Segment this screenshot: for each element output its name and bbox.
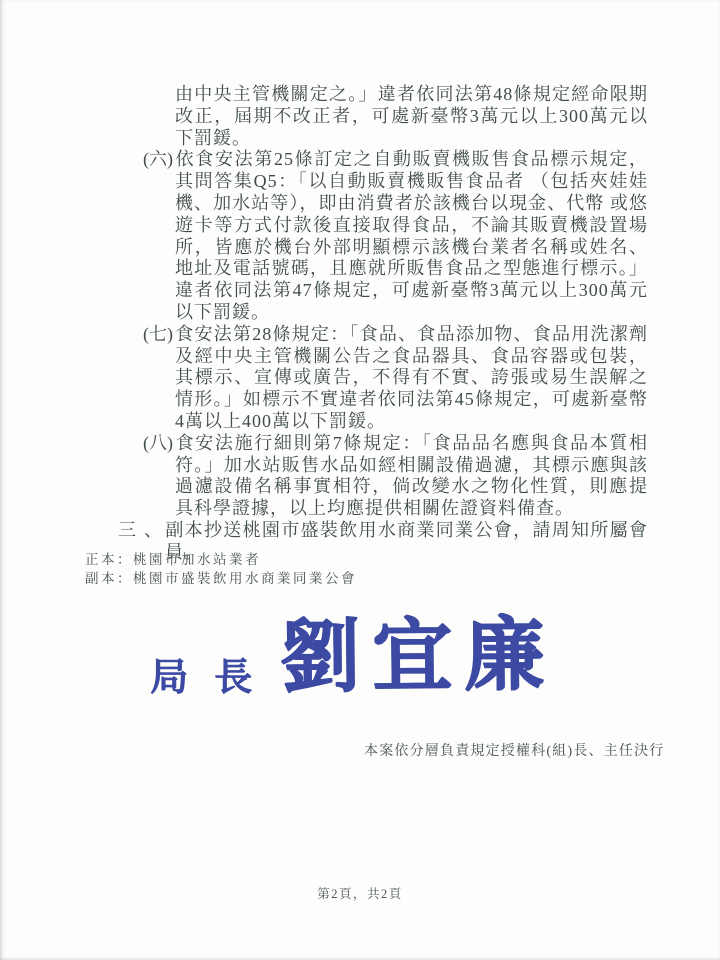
signature-block: 局長 劉宜廉: [150, 610, 556, 704]
list-item-7-marker: (七): [143, 324, 175, 346]
list-item-3-marker: 三、: [118, 520, 165, 542]
distribution-copy-line: 副本：桃園市盛裝飲用水商業同業公會: [85, 570, 357, 589]
list-item-6-text: 依食安法第25條訂定之自動販賣機販售食品標示規定，其問答集Q5：「以自動販賣機販…: [175, 149, 648, 322]
list-item-8: (八)食安法施行細則第7條規定：「食品品名應與食品本質相符。」加水站販售水品如經…: [0, 433, 720, 520]
list-item-7: (七)食安法第28條規定：「食品、食品添加物、食品用洗潔劑及經中央主管機關公告之…: [0, 324, 720, 433]
list-item-8-text: 食安法施行細則第7條規定：「食品品名應與食品本質相符。」加水站販售水品如經相關設…: [175, 433, 648, 518]
delegation-note: 本案依分層負責規定授權科(組)長、主任決行: [364, 740, 665, 760]
list-item-7-text: 食安法第28條規定：「食品、食品添加物、食品用洗潔劑及經中央主管機關公告之食品器…: [175, 324, 648, 431]
paragraph-continuation: 由中央主管機關定之。」違者依同法第48條規定經命限期改正，屆期不改正者，可處新臺…: [0, 84, 720, 149]
signature-name-stamp: 劉宜廉: [280, 609, 557, 706]
distribution-block: 正本：桃園市加水站業者 副本：桃園市盛裝飲用水商業同業公會: [85, 551, 357, 588]
page-number-footer: 第2頁，共2頁: [0, 884, 720, 902]
list-item-8-marker: (八): [143, 433, 175, 455]
letter-body: 由中央主管機關定之。」違者依同法第48條規定經命限期改正，屆期不改正者，可處新臺…: [0, 84, 720, 564]
signature-title: 局長: [150, 646, 278, 701]
document-page: 由中央主管機關定之。」違者依同法第48條規定經命限期改正，屆期不改正者，可處新臺…: [0, 0, 720, 960]
list-item-6-marker: (六): [143, 149, 175, 171]
distribution-original-line: 正本：桃園市加水站業者: [85, 551, 357, 570]
list-item-6: (六)依食安法第25條訂定之自動販賣機販售食品標示規定，其問答集Q5：「以自動販…: [0, 149, 720, 323]
